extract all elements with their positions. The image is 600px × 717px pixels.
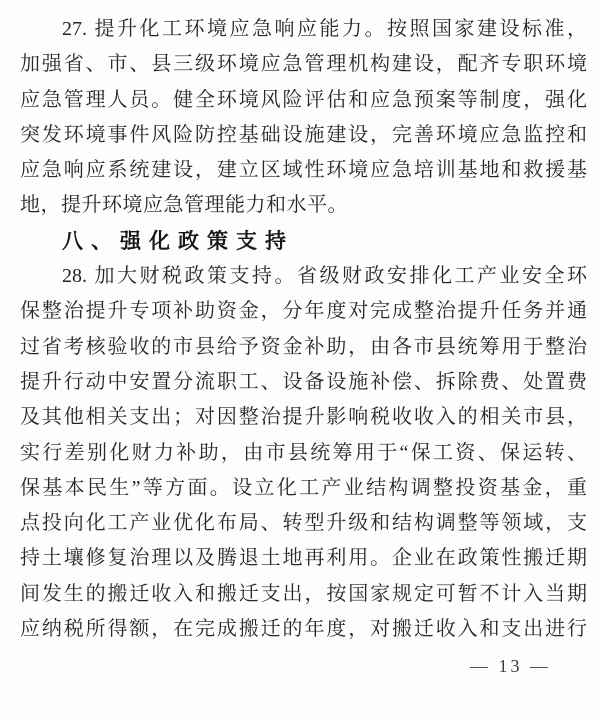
- text-line: 保整治提升专项补助资金，分年度对完成整治提升任务并通: [20, 294, 587, 329]
- text-line: 27. 提升化工环境应急响应能力。按照国家建设标准，: [20, 12, 587, 47]
- text-line: 实行差别化财力补助，由市县统筹用于“保工资、保运转、: [20, 436, 587, 471]
- text-line: 应急响应系统建设，建立区域性环境应急培训基地和救援基: [20, 153, 587, 188]
- text-line: 间发生的搬迁收入和搬迁支出，按国家规定可暂不计入当期: [20, 577, 587, 612]
- text-line: 及其他相关支出；对因整治提升影响税收收入的相关市县，: [20, 400, 587, 435]
- text-line: 突发环境事件风险防控基础设施建设，完善环境应急监控和: [20, 118, 587, 153]
- page-number: — 13 —: [20, 654, 587, 678]
- text-line: 加强省、市、县三级环境应急管理机构建设，配齐专职环境: [20, 47, 587, 82]
- text-line: 持土壤修复治理以及腾退土地再利用。企业在政策性搬迁期: [20, 541, 587, 576]
- section-heading: 八、强化政策支持: [20, 224, 587, 259]
- text-line: 提升行动中安置分流职工、设备设施补偿、拆除费、处置费: [20, 365, 587, 400]
- text-line: 应纳税所得额，在完成搬迁的年度，对搬迁收入和支出进行: [20, 612, 587, 647]
- text-line: 地，提升环境应急管理能力和水平。: [20, 188, 587, 223]
- text-line: 应急管理人员。健全环境风险评估和应急预案等制度，强化: [20, 83, 587, 118]
- text-line: 点投向化工产业优化布局、转型升级和结构调整等领域，支: [20, 506, 587, 541]
- text-line: 28. 加大财税政策支持。省级财政安排化工产业安全环: [20, 259, 587, 294]
- document-page: 27. 提升化工环境应急响应能力。按照国家建设标准， 加强省、市、县三级环境应急…: [0, 0, 600, 717]
- text-line: 过省考核验收的市县给予资金补助，由各市县统筹用于整治: [20, 330, 587, 365]
- text-line: 保基本民生”等方面。设立化工产业结构调整投资基金，重: [20, 471, 587, 506]
